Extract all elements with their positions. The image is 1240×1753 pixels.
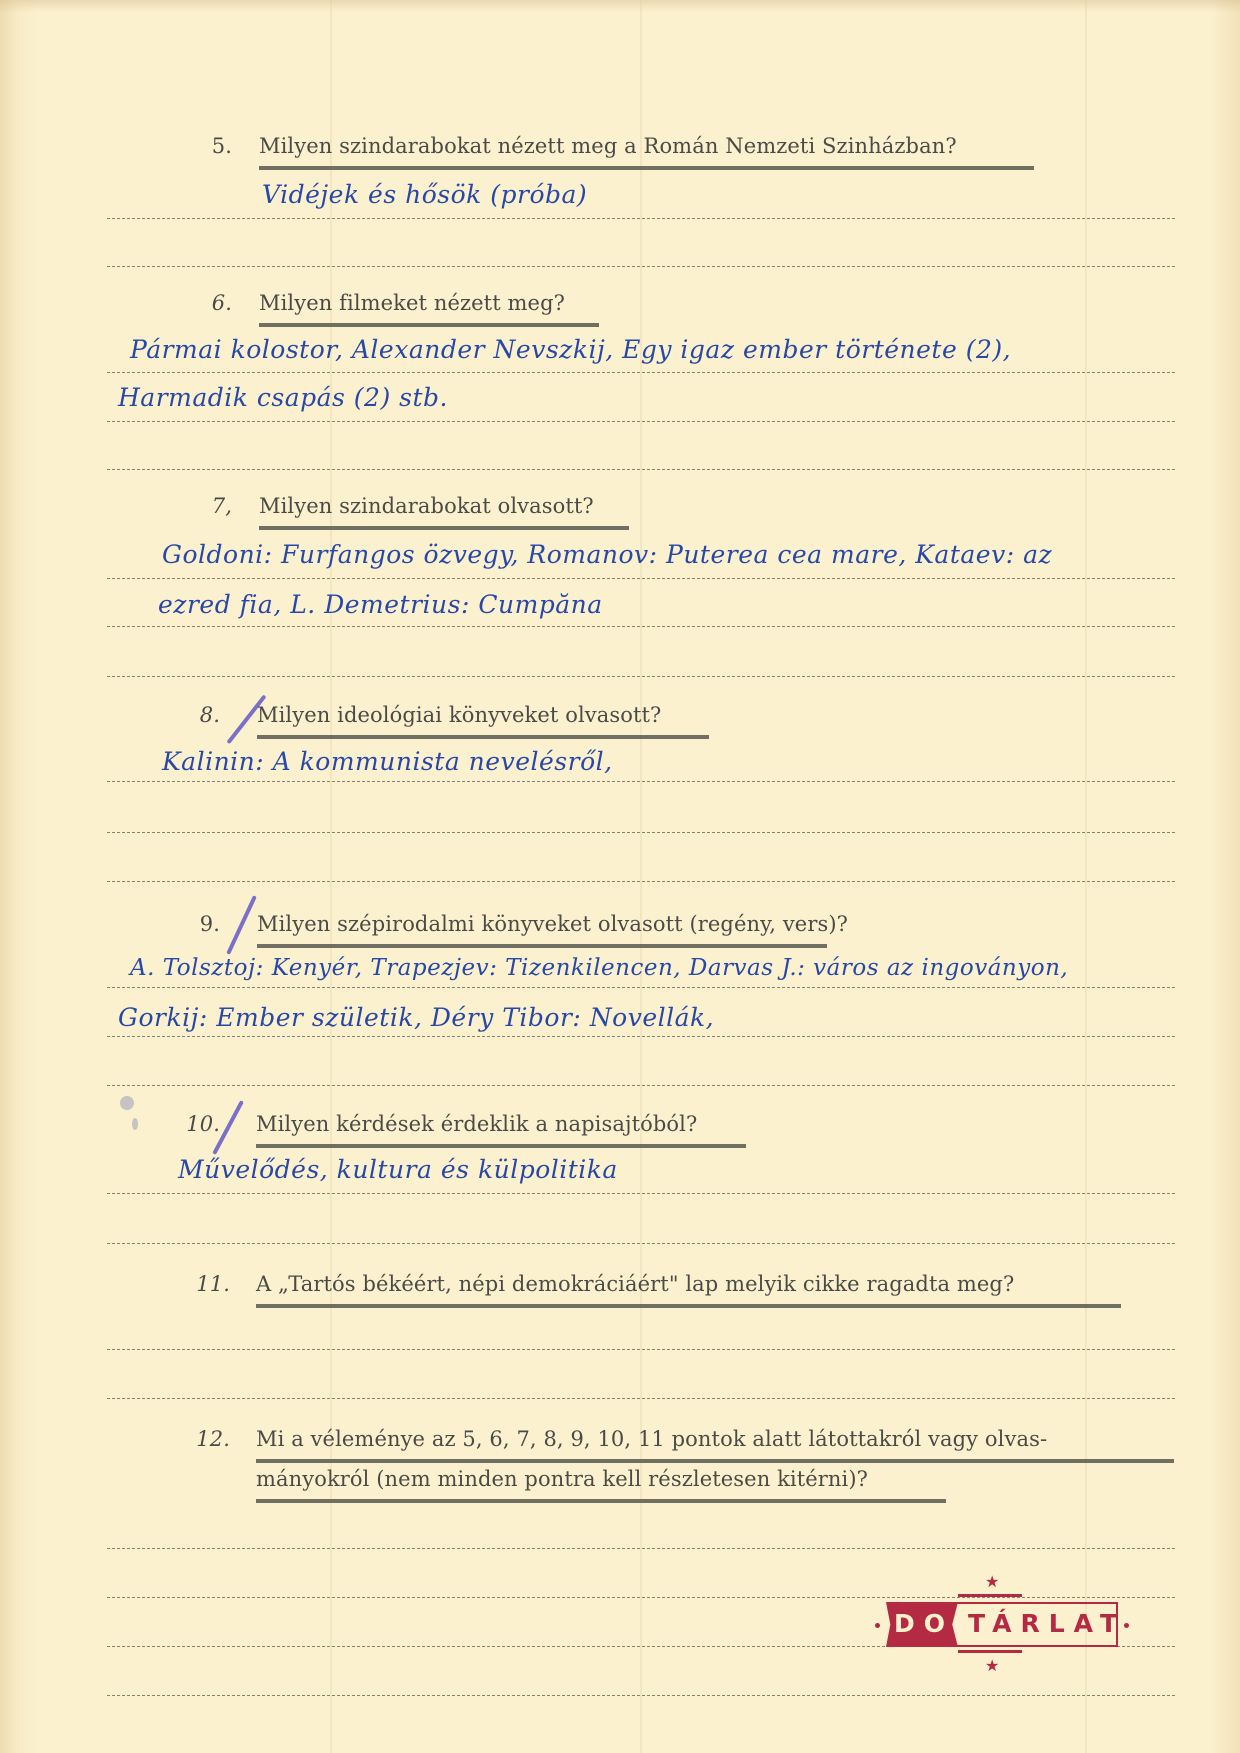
handwritten-answer: ezred fia, L. Demetrius: Cumpăna	[158, 590, 603, 619]
handwritten-answer: A. Tolsztoj: Kenyér, Trapezjev: Tizenkil…	[130, 955, 1068, 981]
question-underline	[259, 526, 629, 530]
question-text: Milyen szindarabokat olvasott?	[259, 494, 594, 518]
logo-bar	[958, 1650, 1022, 1653]
question-number: 5.	[192, 134, 232, 158]
answer-line	[107, 832, 1175, 833]
question-text-line-1: Mi a véleménye az 5, 6, 7, 8, 9, 10, 11 …	[256, 1427, 1047, 1451]
answer-line	[107, 1193, 1175, 1194]
answer-line	[107, 218, 1175, 219]
check-mark-icon	[226, 895, 257, 955]
paper-fold	[1085, 0, 1087, 1753]
logo-bar	[958, 1594, 1022, 1597]
answer-line	[107, 1695, 1175, 1696]
answer-line	[107, 1243, 1175, 1244]
question-number: 12.	[190, 1427, 230, 1451]
handwritten-answer: Vidéjek és hősök (próba)	[262, 180, 587, 209]
doktarlat-watermark: ★ DOK TÁRLAT ★	[872, 1574, 1132, 1674]
question-number: 6.	[192, 291, 232, 315]
handwritten-answer: Művelődés, kultura és külpolitika	[178, 1155, 618, 1184]
answer-line	[107, 266, 1175, 267]
question-text-line-2: mányokról (nem minden pontra kell részle…	[256, 1467, 868, 1491]
answer-line	[107, 1036, 1175, 1037]
answer-line	[107, 626, 1175, 627]
question-text: A „Tartós békéért, népi demokráciáért" l…	[256, 1272, 1014, 1296]
question-text: Milyen szépirodalmi könyveket olvasott (…	[257, 912, 848, 936]
question-number: 11.	[190, 1272, 230, 1296]
handwritten-answer: Goldoni: Furfangos özvegy, Romanov: Pute…	[162, 540, 1052, 569]
logo-dot	[875, 1623, 880, 1628]
answer-line	[107, 1398, 1175, 1399]
answer-line	[107, 421, 1175, 422]
question-underline	[256, 1459, 1174, 1463]
answer-line	[107, 578, 1175, 579]
answer-line	[107, 1349, 1175, 1350]
question-number: 7,	[192, 494, 232, 518]
star-icon: ★	[985, 1658, 999, 1674]
answer-line	[107, 676, 1175, 677]
question-number: 10.	[180, 1112, 220, 1136]
question-underline	[259, 323, 599, 327]
question-text: Milyen ideológiai könyveket olvasott?	[257, 703, 661, 727]
handwritten-answer: Gorkij: Ember születik, Déry Tibor: Nove…	[118, 1003, 714, 1032]
question-underline	[256, 1499, 946, 1503]
question-number: 8.	[180, 703, 220, 727]
answer-line	[107, 469, 1175, 470]
logo-text-tarlat: TÁRLAT	[968, 1609, 1126, 1638]
question-text: Milyen szindarabokat nézett meg a Román …	[259, 134, 957, 158]
logo-dot	[1124, 1623, 1129, 1628]
question-underline	[259, 166, 1034, 170]
answer-line	[107, 881, 1175, 882]
question-underline	[256, 1144, 746, 1148]
question-underline	[257, 735, 709, 739]
answer-line	[107, 1548, 1175, 1549]
question-underline	[257, 944, 827, 948]
answer-line	[107, 987, 1175, 988]
question-underline	[256, 1304, 1121, 1308]
ink-smudge	[120, 1096, 134, 1110]
answer-line	[107, 1085, 1175, 1086]
ink-smudge	[132, 1118, 138, 1130]
question-number: 9.	[180, 912, 220, 936]
handwritten-answer: Kalinin: A kommunista nevelésről,	[162, 747, 613, 776]
answer-line	[107, 372, 1175, 373]
answer-line	[107, 781, 1175, 782]
question-text: Milyen kérdések érdeklik a napisajtóból?	[256, 1112, 697, 1136]
star-icon: ★	[985, 1574, 999, 1590]
handwritten-answer: Harmadik csapás (2) stb.	[118, 383, 448, 412]
question-text: Milyen filmeket nézett meg?	[259, 291, 565, 315]
handwritten-answer: Pármai kolostor, Alexander Nevszkij, Egy…	[130, 335, 1011, 364]
document-page: 5. Milyen szindarabokat nézett meg a Rom…	[0, 0, 1240, 1753]
